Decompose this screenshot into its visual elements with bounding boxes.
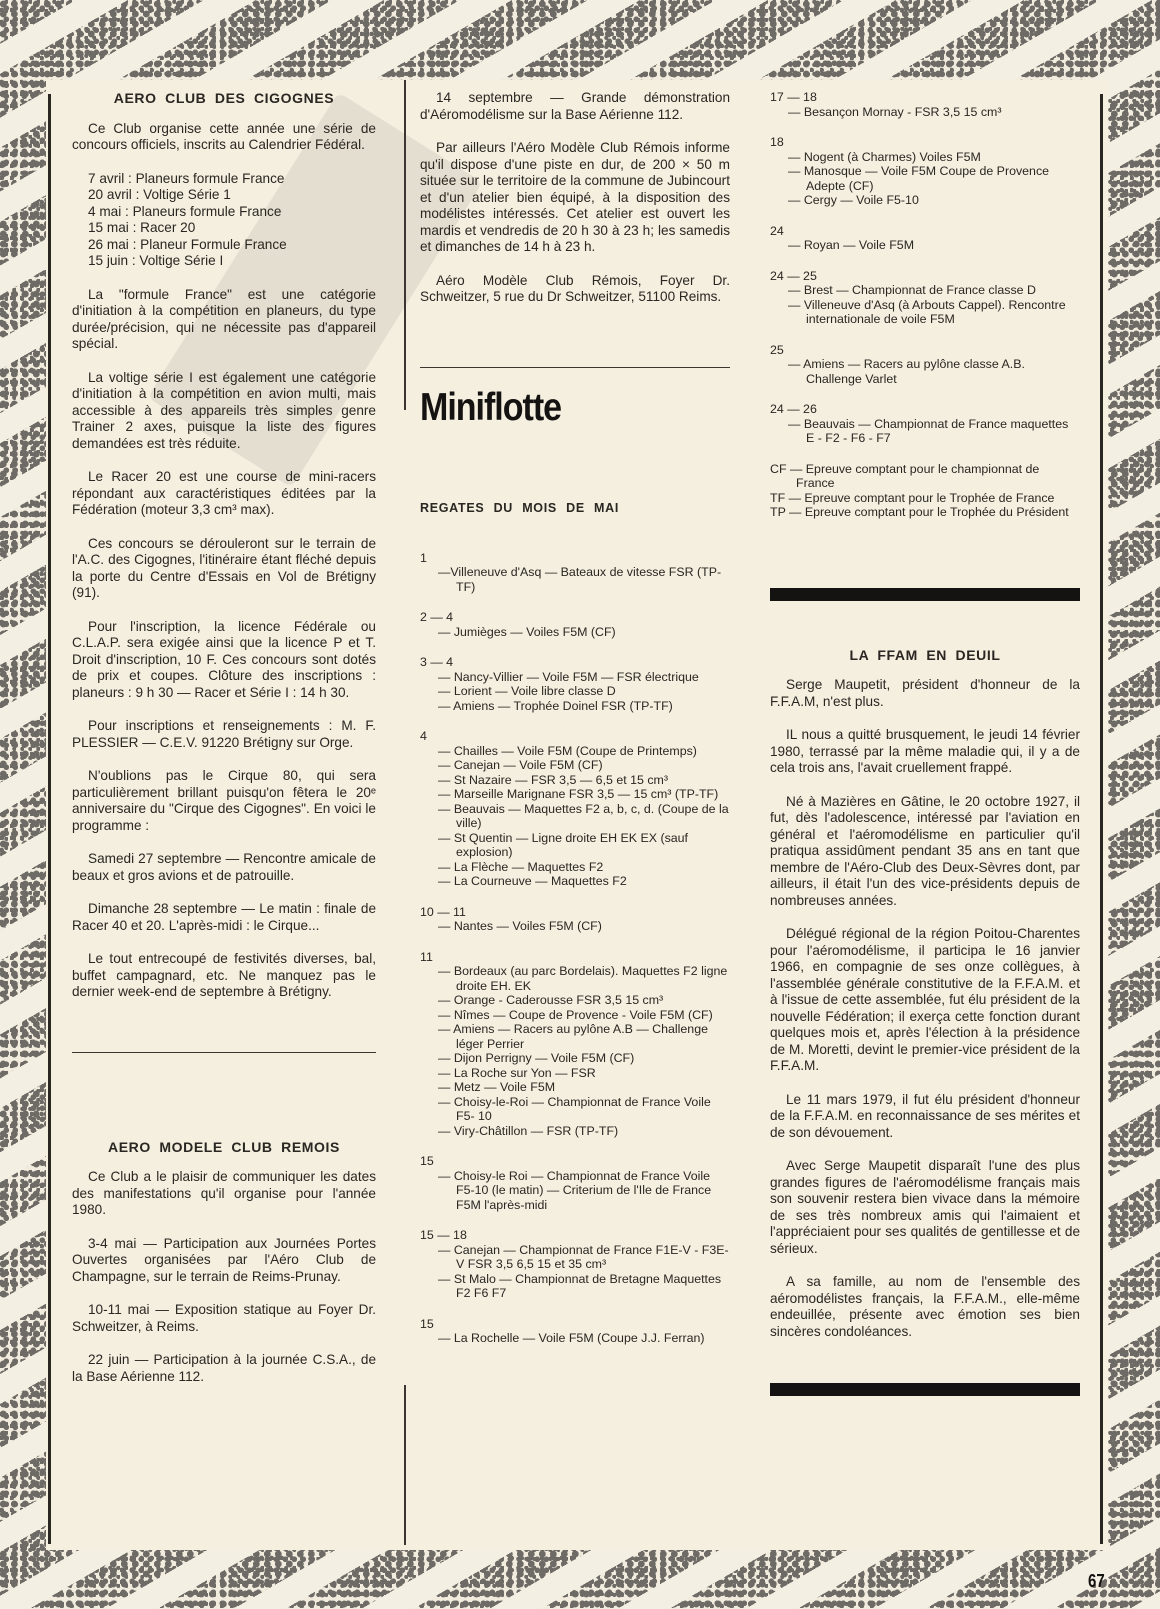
regatta-event: — Nogent (à Charmes) Voiles F5M: [788, 150, 1080, 165]
legend-item-tp: TP — Epreuve comptant pour le Trophée du…: [770, 505, 1080, 520]
schedule-item: 15 juin : Voltige Série I: [88, 253, 376, 270]
regatta-events: — Bordeaux (au parc Bordelais). Maquette…: [420, 964, 730, 1138]
regatta-list-continued: 17 — 18— Besançon Mornay - FSR 3,5 15 cm…: [770, 90, 1080, 446]
regatta-event: — Canejan — Championnat de France F1E-V …: [438, 1243, 730, 1272]
paragraph: Ces concours se dérouleront sur le terra…: [72, 536, 376, 602]
regatta-event: — Metz — Voile F5M: [438, 1080, 730, 1095]
regatta-date: 24 — 25: [770, 269, 1080, 284]
regatta-date: 11: [420, 950, 730, 965]
regatta-event: — Choisy-le-Roi — Championnat de France …: [438, 1095, 730, 1124]
column-divider-bottom: [404, 1385, 406, 1545]
regatta-date: 2 — 4: [420, 610, 730, 625]
legend-item-cf: CF — Epreuve comptant pour le championna…: [770, 462, 1080, 491]
regatta-events: — Amiens — Racers au pylône classe A.B. …: [770, 357, 1080, 386]
page-number: 67: [1088, 1571, 1105, 1591]
paragraph: Serge Maupetit, président d'honneur de l…: [770, 677, 1080, 710]
regatta-event: — Choisy-le Roi — Championnat de France …: [438, 1169, 730, 1213]
regatta-event: — Brest — Championnat de France classe D: [788, 283, 1080, 298]
regatta-event: — Royan — Voile F5M: [788, 238, 1080, 253]
regatta-events: — Jumièges — Voiles F5M (CF): [420, 625, 730, 640]
paragraph: Ce Club a le plaisir de communiquer les …: [72, 1169, 376, 1219]
paragraph: Délégué régional de la région Poitou-Cha…: [770, 926, 1080, 1075]
regatta-event: — St Nazaire — FSR 3,5 — 6,5 et 15 cm³: [438, 773, 730, 788]
column-divider-top: [404, 80, 406, 410]
regatta-event: — Dijon Perrigny — Voile F5M (CF): [438, 1051, 730, 1066]
regatta-date: 4: [420, 729, 730, 744]
regatta-event: — Orange - Caderousse FSR 3,5 15 cm³: [438, 993, 730, 1008]
regatta-date: 18: [770, 135, 1080, 150]
miniflotte-title: Miniflotte: [420, 398, 730, 417]
column-1: AERO CLUB DES CIGOGNES Ce Club organise …: [72, 90, 376, 1402]
regatta-event: — Amiens — Trophée Doinel FSR (TP-TF): [438, 699, 730, 714]
paragraph: Pour inscriptions et renseignements : M.…: [72, 718, 376, 751]
cigognes-intro: Ce Club organise cette année une série d…: [72, 121, 376, 154]
mourning-bar-top: [770, 588, 1080, 601]
paragraph: Avec Serge Maupetit disparaît l'une des …: [770, 1158, 1080, 1257]
regatta-events: — Canejan — Championnat de France F1E-V …: [420, 1243, 730, 1301]
regatta-event: — Manosque — Voile F5M Coupe de Provence…: [788, 164, 1080, 193]
regatta-event: — Amiens — Racers au pylône A.B — Challe…: [438, 1022, 730, 1051]
regatta-event: — Villeneuve d'Asq (à Arbouts Cappel). R…: [788, 298, 1080, 327]
regatta-event: — St Quentin — Ligne droite EH EK EX (sa…: [438, 831, 730, 860]
regatta-events: — Besançon Mornay - FSR 3,5 15 cm³: [770, 105, 1080, 120]
regatta-list: 1—Villeneuve d'Asq — Bateaux de vitesse …: [420, 551, 730, 1346]
regatta-events: — Nancy-Villier — Voile F5M — FSR électr…: [420, 670, 730, 714]
regatta-date: 24: [770, 224, 1080, 239]
regatta-event: — Beauvais — Maquettes F2 a, b, c, d. (C…: [438, 802, 730, 831]
legend-item-tf: TF — Epreuve comptant pour le Trophée de…: [770, 491, 1080, 506]
paragraph: Pour l'inscription, la licence Fédérale …: [72, 619, 376, 702]
regatta-event: — Viry-Châtillon — FSR (TP-TF): [438, 1124, 730, 1139]
regatta-event: — La Flèche — Maquettes F2: [438, 860, 730, 875]
regatta-date: 15 — 18: [420, 1228, 730, 1243]
regatta-date: 10 — 11: [420, 905, 730, 920]
paragraph: N'oublions pas le Cirque 80, qui sera pa…: [72, 768, 376, 834]
regatta-events: — Choisy-le Roi — Championnat de France …: [420, 1169, 730, 1213]
regattas-subtitle: REGATES DU MOIS DE MAI: [420, 500, 730, 517]
regatta-event: — Amiens — Racers au pylône classe A.B. …: [788, 357, 1080, 386]
abbreviation-legend: CF — Epreuve comptant pour le championna…: [770, 462, 1080, 520]
cigognes-schedule: 7 avril : Planeurs formule France 20 avr…: [72, 171, 376, 270]
regatta-event: — Canejan — Voile F5M (CF): [438, 758, 730, 773]
regatta-event: — St Malo — Championnat de Bretagne Maqu…: [438, 1272, 730, 1301]
obituary-title: LA FFAM EN DEUIL: [770, 647, 1080, 664]
regatta-events: — Royan — Voile F5M: [770, 238, 1080, 253]
paragraph: Le 11 mars 1979, il fut élu président d'…: [770, 1092, 1080, 1142]
paragraph: La voltige série I est également une cat…: [72, 370, 376, 453]
paragraph: 10-11 mai — Exposition statique au Foyer…: [72, 1302, 376, 1335]
paragraph: IL nous a quitté brusquement, le jeudi 1…: [770, 727, 1080, 777]
schedule-item: 15 mai : Racer 20: [88, 220, 376, 237]
regatta-event: — La Courneuve — Maquettes F2: [438, 874, 730, 889]
paragraph: Dimanche 28 septembre — Le matin : final…: [72, 901, 376, 934]
paragraph: Aéro Modèle Club Rémois, Foyer Dr. Schwe…: [420, 273, 730, 306]
regatta-events: —Villeneuve d'Asq — Bateaux de vitesse F…: [420, 565, 730, 594]
paragraph: Né à Mazières en Gâtine, le 20 octobre 1…: [770, 794, 1080, 910]
regatta-date: 17 — 18: [770, 90, 1080, 105]
regatta-event: — Besançon Mornay - FSR 3,5 15 cm³: [788, 105, 1080, 120]
paragraph: La "formule France" est une catégorie d'…: [72, 287, 376, 353]
regatta-event: — La Rochelle — Voile F5M (Coupe J.J. Fe…: [438, 1331, 730, 1346]
regatta-date: 3 — 4: [420, 655, 730, 670]
regatta-date: 1: [420, 551, 730, 566]
regatta-event: — La Roche sur Yon — FSR: [438, 1066, 730, 1081]
schedule-item: 20 avril : Voltige Série 1: [88, 187, 376, 204]
paragraph: Par ailleurs l'Aéro Modèle Club Rémois i…: [420, 140, 730, 256]
regatta-event: —Villeneuve d'Asq — Bateaux de vitesse F…: [438, 565, 730, 594]
column-2: 14 septembre — Grande démonstration d'Aé…: [420, 90, 730, 1362]
paragraph: 22 juin — Participation à la journée C.S…: [72, 1352, 376, 1385]
regatta-event: — Marseille Marignane FSR 3,5 — 15 cm³ (…: [438, 787, 730, 802]
regatta-event: — Beauvais — Championnat de France maque…: [788, 417, 1080, 446]
regatta-event: — Lorient — Voile libre classe D: [438, 684, 730, 699]
paragraph: Le tout entrecoupé de festivités diverse…: [72, 951, 376, 1001]
regatta-event: — Bordeaux (au parc Bordelais). Maquette…: [438, 964, 730, 993]
paragraph: 14 septembre — Grande démonstration d'Aé…: [420, 90, 730, 123]
regatta-events: — Brest — Championnat de France classe D…: [770, 283, 1080, 327]
paragraph: 3-4 mai — Participation aux Journées Por…: [72, 1236, 376, 1286]
right-border-rule: [1100, 94, 1103, 1544]
regatta-event: — Nîmes — Coupe de Provence - Voile F5M …: [438, 1008, 730, 1023]
regatta-events: — Nantes — Voiles F5M (CF): [420, 919, 730, 934]
column-3: 17 — 18— Besançon Mornay - FSR 3,5 15 cm…: [770, 90, 1080, 1396]
regatta-event: — Nantes — Voiles F5M (CF): [438, 919, 730, 934]
paragraph: Samedi 27 septembre — Rencontre amicale …: [72, 851, 376, 884]
schedule-item: 7 avril : Planeurs formule France: [88, 171, 376, 188]
regatta-events: — Nogent (à Charmes) Voiles F5M— Manosqu…: [770, 150, 1080, 208]
schedule-item: 4 mai : Planeurs formule France: [88, 204, 376, 221]
regatta-date: 24 — 26: [770, 402, 1080, 417]
regatta-events: — Chailles — Voile F5M (Coupe de Printem…: [420, 744, 730, 889]
section-title-cigognes: AERO CLUB DES CIGOGNES: [72, 90, 376, 107]
regatta-events: — Beauvais — Championnat de France maque…: [770, 417, 1080, 446]
paragraph: Le Racer 20 est une course de mini-racer…: [72, 469, 376, 519]
regatta-event: — Jumièges — Voiles F5M (CF): [438, 625, 730, 640]
regatta-date: 15: [420, 1317, 730, 1332]
regatta-events: — La Rochelle — Voile F5M (Coupe J.J. Fe…: [420, 1331, 730, 1346]
regatta-event: — Cergy — Voile F5-10: [788, 193, 1080, 208]
schedule-item: 26 mai : Planeur Formule France: [88, 237, 376, 254]
mourning-bar-bottom: [770, 1383, 1080, 1396]
regatta-date: 25: [770, 343, 1080, 358]
regatta-date: 15: [420, 1154, 730, 1169]
section-title-remois: AERO MODELE CLUB REMOIS: [72, 1139, 376, 1156]
regatta-event: — Chailles — Voile F5M (Coupe de Printem…: [438, 744, 730, 759]
paragraph: A sa famille, au nom de l'ensemble des a…: [770, 1274, 1080, 1340]
left-border-rule: [48, 94, 51, 1544]
regatta-event: — Nancy-Villier — Voile F5M — FSR électr…: [438, 670, 730, 685]
